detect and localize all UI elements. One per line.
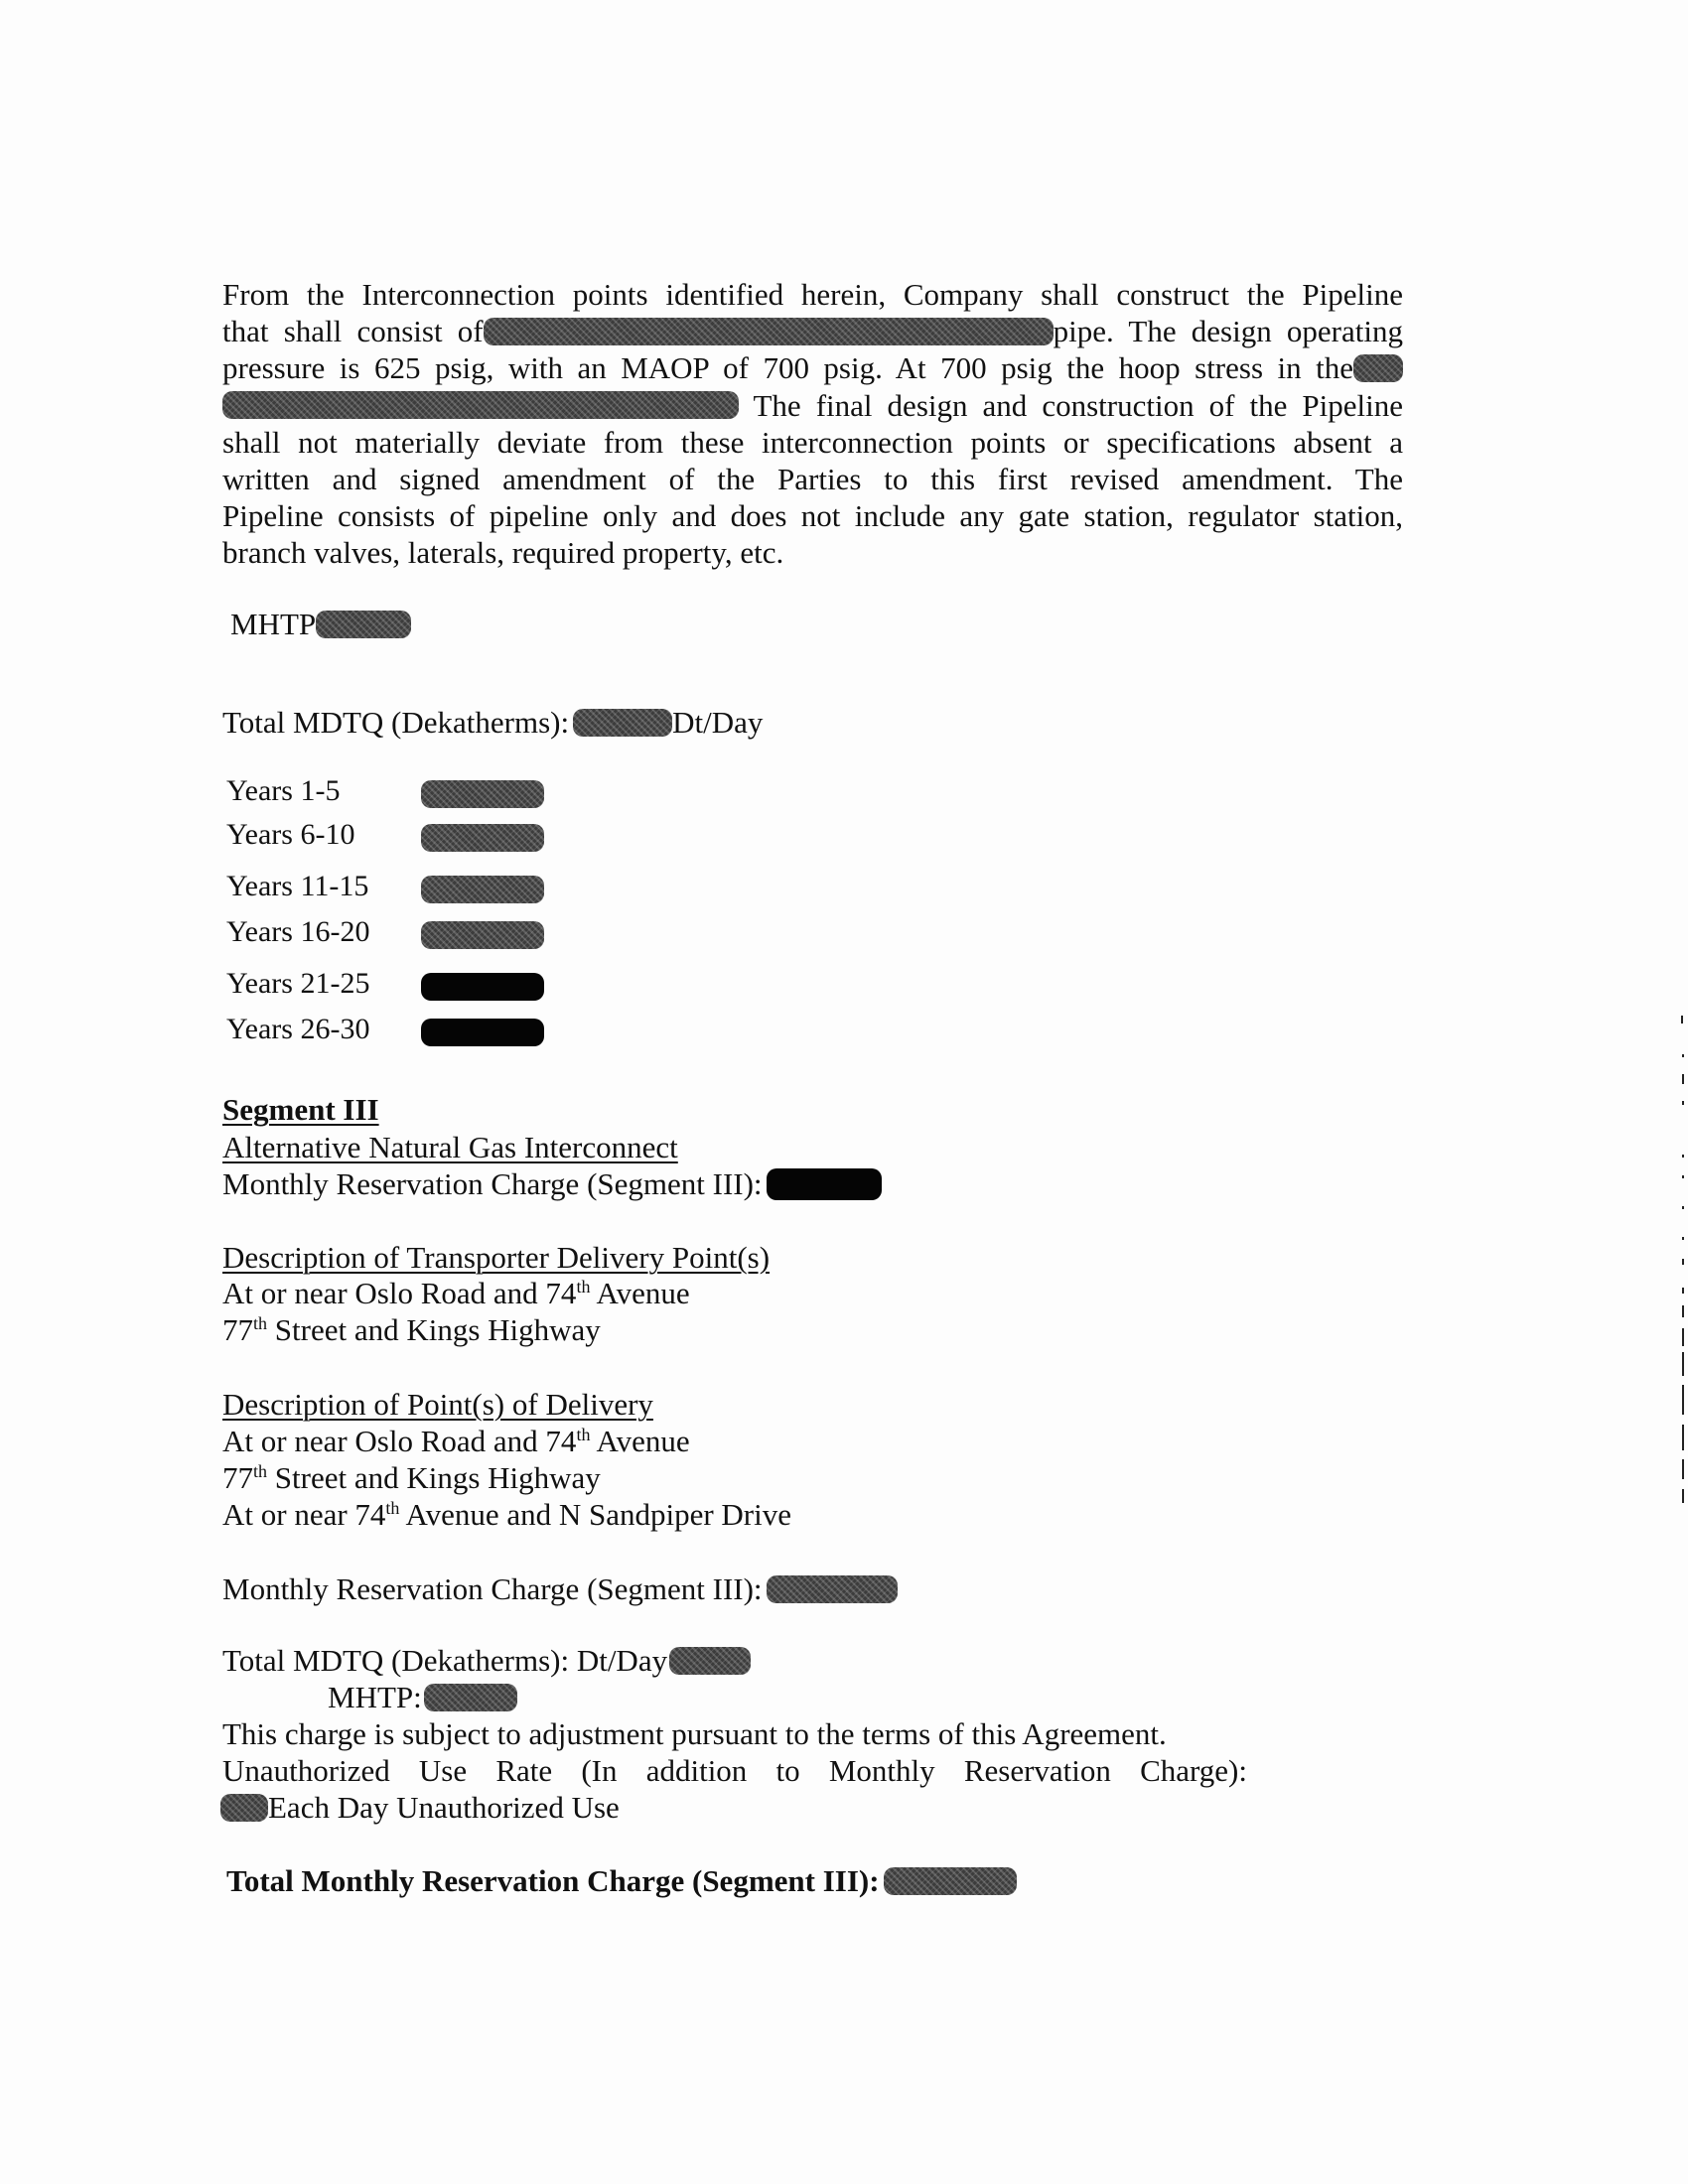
redaction-segment-total-mdtq xyxy=(669,1647,751,1675)
address-line: At or near Oslo Road and 74th Avenue xyxy=(222,1423,690,1459)
scan-speck xyxy=(1682,1101,1684,1105)
scan-speck xyxy=(1682,1459,1684,1479)
address-line: At or near 74th Avenue and N Sandpiper D… xyxy=(222,1496,791,1533)
segment-total-mdtq-label: Total MDTQ (Dekatherms): Dt/Day xyxy=(222,1643,667,1678)
total-mdtq-unit: Dt/Day xyxy=(672,705,763,740)
mhtp-line: MHTP xyxy=(230,606,411,642)
unauthorized-use-rate-label: Unauthorized Use Rate (In addition to Mo… xyxy=(222,1752,1247,1789)
years-label: Years 11-15 xyxy=(226,870,368,903)
monthly-charge-label-2: Monthly Reservation Charge (Segment III)… xyxy=(222,1571,763,1606)
scan-speck xyxy=(1682,1155,1684,1158)
scan-speck xyxy=(1682,1385,1684,1415)
address-text: Avenue xyxy=(590,1276,689,1310)
paragraph-line: branch valves, laterals, required proper… xyxy=(222,534,1403,571)
redaction-years-value xyxy=(421,1019,544,1046)
monthly-charge-line: Monthly Reservation Charge (Segment III)… xyxy=(222,1165,882,1202)
scan-speck xyxy=(1682,1259,1684,1265)
redaction-block xyxy=(484,318,1054,345)
total-mdtq-label: Total MDTQ (Dekatherms): xyxy=(222,705,569,740)
paragraph-text: The final design and construction of the… xyxy=(739,388,1403,423)
scan-speck xyxy=(1682,1305,1684,1317)
ordinal-suffix: th xyxy=(253,1313,267,1333)
address-text: At or near 74 xyxy=(222,1497,385,1532)
address-text: Avenue xyxy=(590,1424,689,1458)
redaction-block xyxy=(1353,354,1403,382)
adjustment-note: This charge is subject to adjustment pur… xyxy=(222,1715,1167,1752)
paragraph-text: that shall consist of xyxy=(222,314,484,348)
scan-speck xyxy=(1682,1425,1684,1450)
scan-speck xyxy=(1682,1352,1684,1376)
segment-mhtp-label: MHTP: xyxy=(328,1680,422,1714)
address-line: 77th Street and Kings Highway xyxy=(222,1459,601,1496)
scan-speck xyxy=(1682,1237,1684,1240)
scan-speck xyxy=(1682,1328,1684,1346)
years-label: Years 26-30 xyxy=(226,1013,369,1046)
paragraph-line: pressure is 625 psig, with an MAOP of 70… xyxy=(222,349,1403,386)
monthly-charge-line-2: Monthly Reservation Charge (Segment III)… xyxy=(222,1570,898,1607)
transporter-points-heading: Description of Transporter Delivery Poin… xyxy=(222,1239,770,1276)
segment-heading: Segment III xyxy=(222,1091,379,1128)
segment-mhtp-line: MHTP: xyxy=(328,1679,517,1715)
address-text: Avenue and N Sandpiper Drive xyxy=(399,1497,791,1532)
paragraph-text: Pipeline consists of pipeline only and d… xyxy=(222,498,1403,533)
address-text: Street and Kings Highway xyxy=(267,1312,601,1347)
address-text: Street and Kings Highway xyxy=(267,1460,601,1495)
redaction-monthly-charge xyxy=(767,1168,882,1200)
ordinal-suffix: th xyxy=(576,1277,590,1297)
paragraph-text: pipe. The design operating xyxy=(1054,314,1403,348)
years-label: Years 6-10 xyxy=(226,818,354,852)
pipeline-description-paragraph: From the Interconnection points identifi… xyxy=(222,276,1403,572)
scan-speck xyxy=(1682,1054,1684,1057)
years-label: Years 1-5 xyxy=(226,774,340,808)
address-text: 77 xyxy=(222,1460,253,1495)
redaction-years-value xyxy=(421,921,544,949)
scan-speck xyxy=(1682,1074,1684,1084)
paragraph-line: The final design and construction of the… xyxy=(222,387,1403,424)
redaction-unauthorized-rate xyxy=(220,1794,268,1822)
scan-speck xyxy=(1682,1175,1684,1178)
paragraph-line: written and signed amendment of the Part… xyxy=(222,461,1403,497)
address-text: At or near Oslo Road and 74 xyxy=(222,1276,576,1310)
redaction-monthly-charge-2 xyxy=(767,1575,898,1603)
paragraph-text: From the Interconnection points identifi… xyxy=(222,277,1403,312)
scan-speck xyxy=(1682,1489,1684,1503)
years-label: Years 21-25 xyxy=(226,967,369,1001)
redaction-years-value xyxy=(421,824,544,852)
paragraph-text: pressure is 625 psig, with an MAOP of 70… xyxy=(222,350,1353,385)
paragraph-line: shall not materially deviate from these … xyxy=(222,424,1403,461)
paragraph-line: From the Interconnection points identifi… xyxy=(222,276,1403,313)
ordinal-suffix: th xyxy=(576,1425,590,1444)
unauthorized-use-line: Each Day Unauthorized Use xyxy=(220,1789,620,1826)
redaction-years-value xyxy=(421,876,544,903)
redaction-years-value xyxy=(421,973,544,1001)
document-page: From the Interconnection points identifi… xyxy=(0,0,1688,2184)
delivery-points-heading: Description of Point(s) of Delivery xyxy=(222,1386,653,1423)
scan-speck xyxy=(1682,1288,1684,1294)
segment-subheading: Alternative Natural Gas Interconnect xyxy=(222,1129,678,1165)
years-label: Years 16-20 xyxy=(226,915,369,949)
total-mdtq-line: Total MDTQ (Dekatherms):Dt/Day xyxy=(222,704,763,741)
ordinal-suffix: th xyxy=(253,1461,267,1481)
address-line: At or near Oslo Road and 74th Avenue xyxy=(222,1275,690,1311)
mhtp-label: MHTP xyxy=(230,607,316,641)
redaction-years-value xyxy=(421,780,544,808)
redaction-total-monthly-charge xyxy=(884,1867,1017,1895)
total-monthly-charge-line: Total Monthly Reservation Charge (Segmen… xyxy=(226,1862,1017,1899)
total-monthly-charge-label: Total Monthly Reservation Charge (Segmen… xyxy=(226,1863,880,1898)
ordinal-suffix: th xyxy=(385,1498,399,1518)
paragraph-text: shall not materially deviate from these … xyxy=(222,425,1403,460)
paragraph-line: Pipeline consists of pipeline only and d… xyxy=(222,497,1403,534)
paragraph-text: written and signed amendment of the Part… xyxy=(222,462,1403,496)
address-text: 77 xyxy=(222,1312,253,1347)
address-text: At or near Oslo Road and 74 xyxy=(222,1424,576,1458)
redaction-block xyxy=(222,391,739,419)
redaction-total-mdtq-value xyxy=(573,709,672,737)
paragraph-text: branch valves, laterals, required proper… xyxy=(222,535,783,570)
address-line: 77th Street and Kings Highway xyxy=(222,1311,601,1348)
redaction-segment-mhtp xyxy=(424,1684,517,1711)
unauthorized-use-suffix: Each Day Unauthorized Use xyxy=(268,1790,620,1825)
segment-total-mdtq-line: Total MDTQ (Dekatherms): Dt/Day xyxy=(222,1642,751,1679)
paragraph-line: that shall consist ofpipe. The design op… xyxy=(222,313,1403,349)
redaction-mhtp-value xyxy=(316,611,411,638)
scan-speck xyxy=(1681,1016,1683,1024)
monthly-charge-label: Monthly Reservation Charge (Segment III)… xyxy=(222,1166,763,1201)
scan-speck xyxy=(1682,1206,1684,1209)
